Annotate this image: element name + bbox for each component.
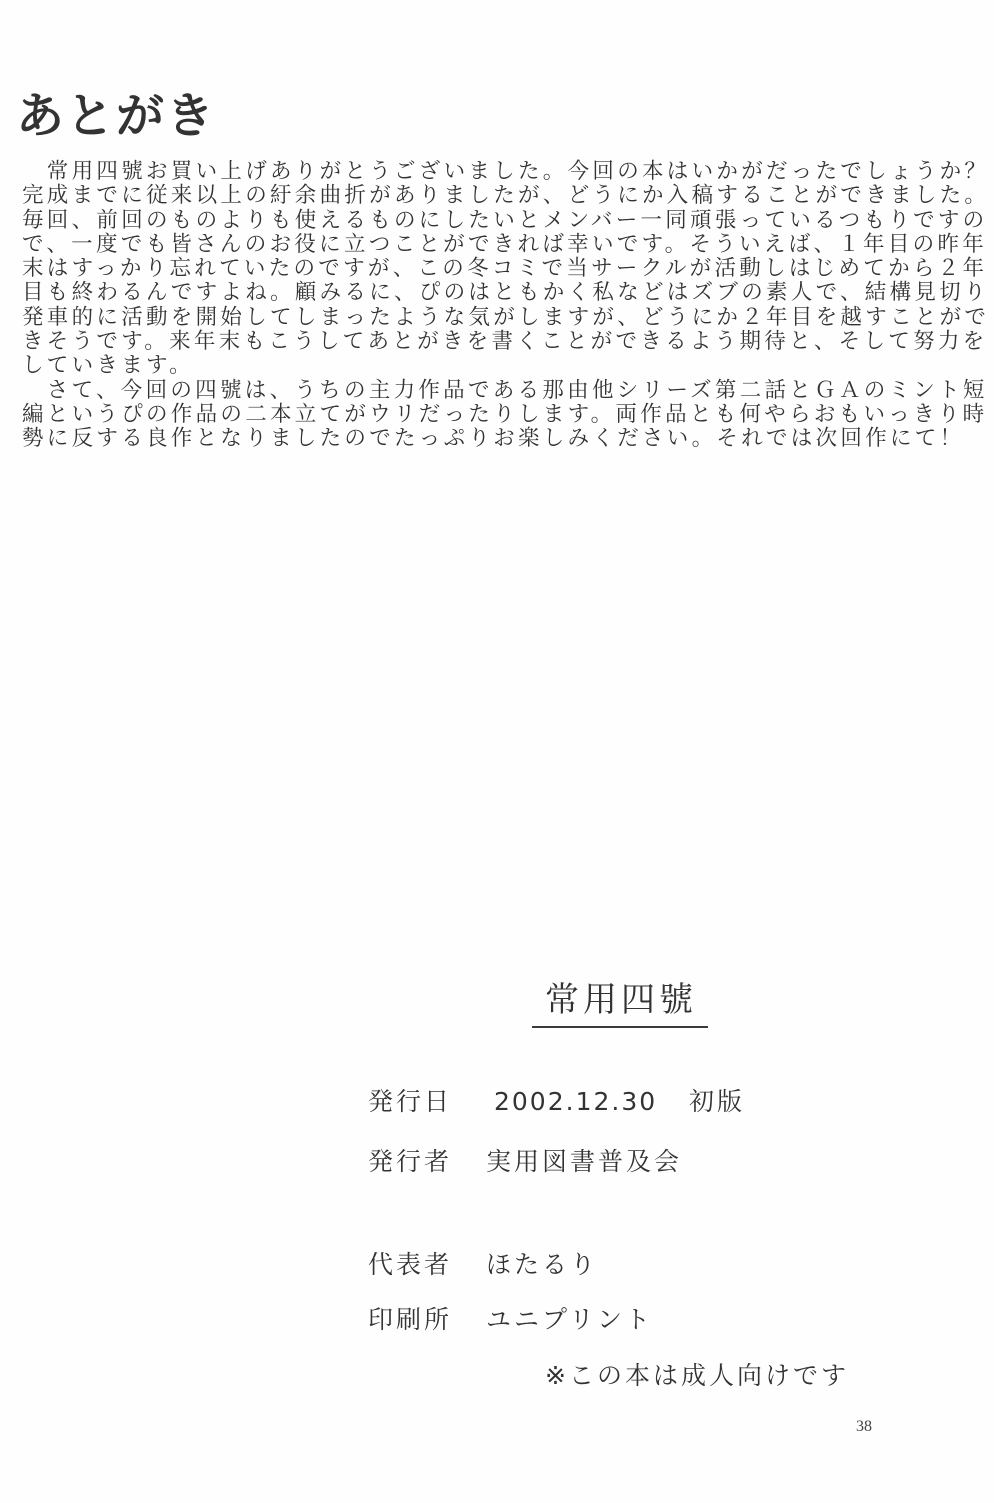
book-title: 常用四號 [532, 978, 710, 1022]
issue-date-value: 2002.12.30 [494, 1086, 689, 1118]
page-number: 38 [856, 1418, 872, 1436]
edition-value: 初版 [689, 1086, 745, 1118]
adult-content-notice: ※この本は成人向けです [545, 1356, 849, 1392]
publisher-label: 発行者 [368, 1146, 486, 1178]
issue-date-label: 発行日 [368, 1086, 486, 1118]
body-line: きそうです。来年末もこうしてあとがきを書くことができるよう期待と、そして努力を [22, 330, 902, 354]
colophon-printer-row: 印刷所ユニプリント [368, 1304, 653, 1336]
body-line: 常用四號お買い上げありがとうございました。今回の本はいかがだったでしょうか？ [22, 160, 902, 184]
body-line: 編というぴの作品の二本立てがウリだったりします。両作品とも何やらおもいっきり時 [22, 403, 902, 427]
body-line: 勢に反する良作となりましたのでたっぷりお楽しみください。それでは次回作にて！ [22, 427, 902, 451]
printer-label: 印刷所 [368, 1304, 486, 1336]
representative-value: ほたるり [486, 1249, 598, 1281]
body-line: 発車的に活動を開始してしまったような気がしますが、どうにか２年目を越すことがで [22, 306, 902, 330]
body-line: 目も終わるんですよね。顧みるに、ぴのはともかく私などはズブの素人で、結構見切り [22, 281, 902, 305]
colophon-publisher-row: 発行者実用図書普及会 [368, 1146, 682, 1178]
body-line: さて、今回の四號は、うちの主力作品である那由他シリーズ第二話とＧＡのミント短 [22, 379, 902, 403]
document-page: あとがき 常用四號お買い上げありがとうございました。今回の本はいかがだったでしょ… [0, 0, 994, 1503]
body-line: 毎回、前回のものよりも使えるものにしたいとメンバー一同頑張っているつもりですの [22, 209, 902, 233]
body-line: で、一度でも皆さんのお役に立つことができれば幸いです。そういえば、１年目の昨年 [22, 233, 902, 257]
colophon-issue-date-row: 発行日2002.12.30初版 [368, 1086, 745, 1118]
body-line: 末はすっかり忘れていたのですが、この冬コミで当サークルが活動しはじめてから２年 [22, 257, 902, 281]
colophon-representative-row: 代表者ほたるり [368, 1249, 598, 1281]
body-line: 完成までに従来以上の紆余曲折がありましたが、どうにか入稿することができました。 [22, 184, 902, 208]
title-underline [532, 1026, 708, 1028]
printer-value: ユニプリント [486, 1304, 653, 1336]
body-line: していきます。 [22, 354, 902, 378]
colophon-title-block: 常用四號 [532, 978, 710, 1028]
afterword-body: 常用四號お買い上げありがとうございました。今回の本はいかがだったでしょうか？ 完… [22, 160, 902, 452]
representative-label: 代表者 [368, 1249, 486, 1281]
publisher-value: 実用図書普及会 [486, 1146, 682, 1178]
afterword-heading: あとがき [16, 88, 216, 144]
